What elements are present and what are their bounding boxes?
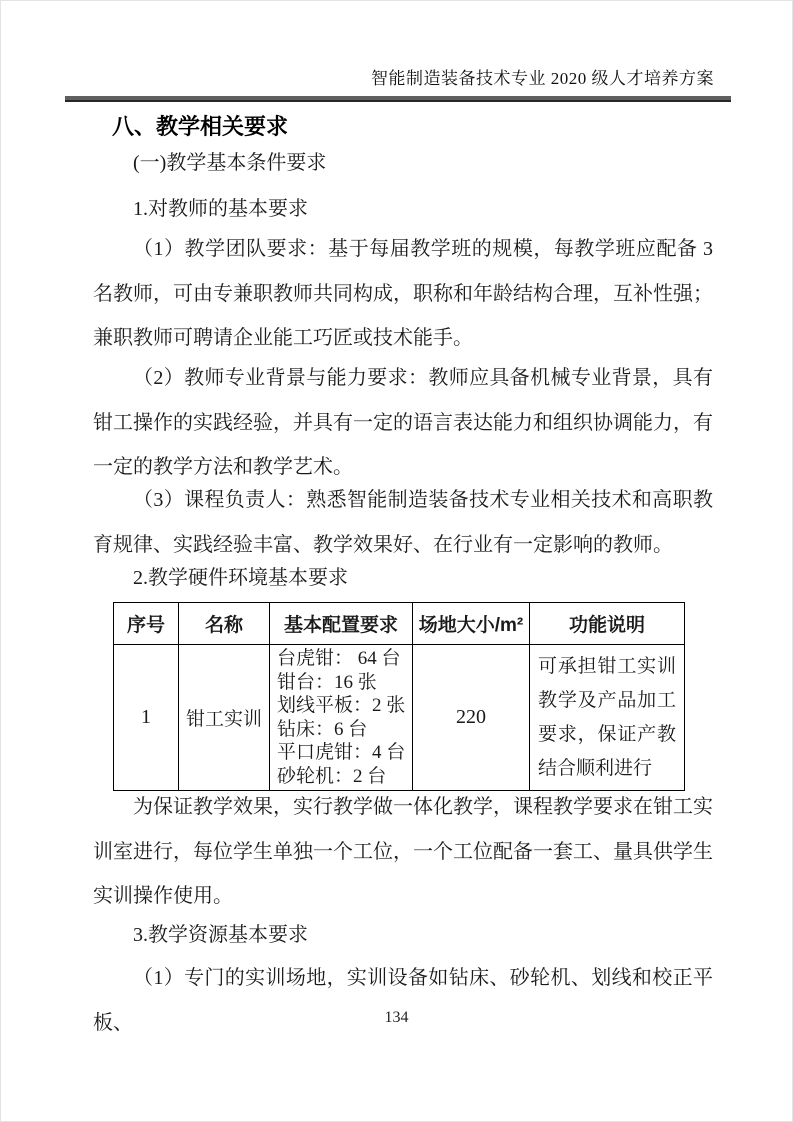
config-line: 台虎钳： 64 台: [277, 647, 408, 671]
table-header-name: 名称: [179, 603, 270, 645]
config-line: 钳台：16 张: [277, 671, 408, 695]
document-page: 智能制造装备技术专业 2020 级人才培养方案 八、教学相关要求 (一)教学基本…: [0, 0, 793, 1122]
table-header-config: 基本配置要求: [270, 603, 413, 645]
item-heading-hardware: 2.教学硬件环境基本要求: [93, 556, 713, 601]
cell-config: 台虎钳： 64 台 钳台：16 张 划线平板：2 张 钻床：6 台 平口虎钳：4…: [270, 645, 413, 791]
running-header-title: 智能制造装备技术专业 2020 级人才培养方案: [371, 67, 714, 91]
table-row: 1 钳工实训 台虎钳： 64 台 钳台：16 张 划线平板：2 张 钻床：6 台…: [114, 645, 685, 791]
paragraph-teaching-team: （1）教学团队要求：基于每届教学班的规模，每教学班应配备 3 名教师，可由专兼职…: [93, 227, 713, 361]
header-rule-divider: [65, 96, 731, 102]
config-line: 平口虎钳：4 台: [277, 741, 408, 765]
item-heading-resources: 3.教学资源基本要求: [93, 913, 713, 958]
page-number: 134: [1, 1009, 792, 1027]
requirements-table: 序号 名称 基本配置要求 场地大小/m² 功能说明 1 钳工实训 台虎钳： 64…: [113, 602, 685, 791]
table-header-no: 序号: [114, 603, 179, 645]
cell-name: 钳工实训: [179, 645, 270, 791]
cell-area: 220: [413, 645, 530, 791]
table-header-row: 序号 名称 基本配置要求 场地大小/m² 功能说明: [114, 603, 685, 645]
table-header-function: 功能说明: [530, 603, 685, 645]
item-heading-teachers: 1.对教师的基本要求: [93, 187, 713, 232]
subsection-heading-1: (一)教学基本条件要求: [93, 141, 713, 186]
cell-no: 1: [114, 645, 179, 791]
config-line: 划线平板：2 张: [277, 694, 408, 718]
paragraph-course-leader: （3）课程负责人：熟悉智能制造装备技术专业相关技术和高职教育规律、实践经验丰富、…: [93, 478, 713, 567]
paragraph-teacher-background: （2）教师专业背景与能力要求：教师应具备机械专业背景，具有钳工操作的实践经验，并…: [93, 356, 713, 490]
cell-function: 可承担钳工实训教学及产品加工要求，保证产教结合顺利进行: [530, 645, 685, 791]
section-heading: 八、教学相关要求: [112, 112, 288, 142]
paragraph-training-site: （1）专门的实训场地，实训设备如钻床、砂轮机、划线和校正平板、: [93, 956, 713, 1045]
config-line: 钻床：6 台: [277, 718, 408, 742]
table-header-area: 场地大小/m²: [413, 603, 530, 645]
paragraph-teaching-effect: 为保证教学效果，实行教学做一体化教学，课程教学要求在钳工实训室进行，每位学生单独…: [93, 785, 713, 919]
